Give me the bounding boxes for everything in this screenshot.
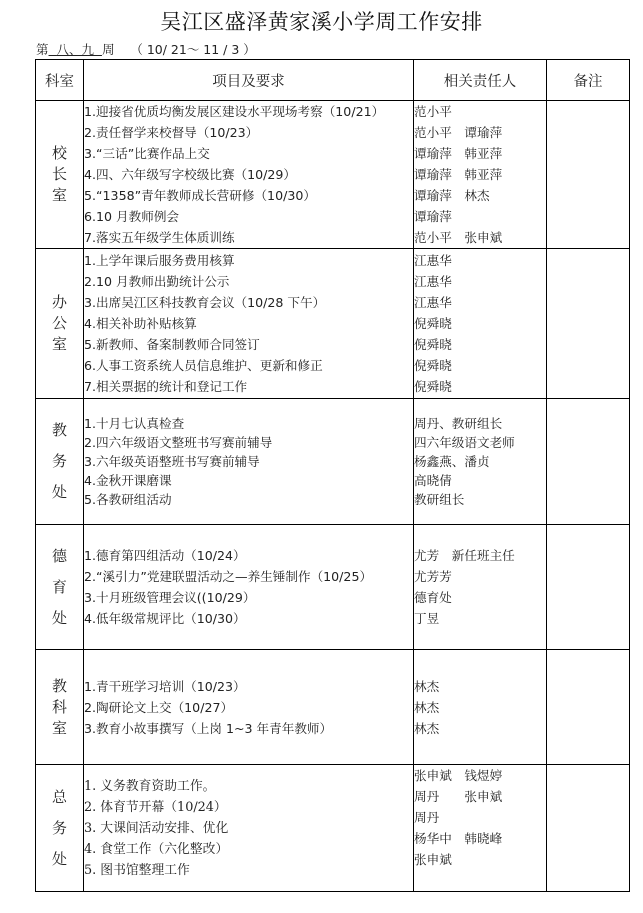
- dept-char: 室: [36, 185, 83, 206]
- table-row-principal-office: 校长室1.迎接省优质均衡发展区建设水平现场考察（10/21）2.责任督学来校督导…: [36, 101, 630, 249]
- week-suffix: 周: [102, 42, 115, 57]
- task-item: 6.人事工资系统人员信息维护、更新和修正: [84, 355, 413, 376]
- task-item: 1.青干班学习培训（10/23）: [84, 676, 413, 697]
- items-cell: 1.青干班学习培训（10/23）2.陶研论文上交（10/27）3.教育小故事撰写…: [84, 650, 414, 765]
- people-cell: 江惠华江惠华江惠华倪舜晓倪舜晓倪舜晓倪舜晓: [414, 249, 547, 399]
- task-item: 1. 义务教育资助工作。: [84, 776, 413, 797]
- responsible-person: 四六年级语文老师: [414, 433, 546, 452]
- task-item: 3.“三话”比赛作品上交: [84, 143, 413, 164]
- table-row-general-office: 办公室1.上学年课后服务费用核算2.10 月教师出勤统计公示3.出席吴江区科技教…: [36, 249, 630, 399]
- notes-cell: [547, 525, 630, 650]
- document-title: 吴江区盛泽黄家溪小学周工作安排: [0, 6, 643, 36]
- task-item: 4. 食堂工作（六化整改）: [84, 839, 413, 860]
- responsible-person: 尤芳芳: [414, 566, 546, 587]
- people-cell: 范小平范小平 谭瑜萍谭瑜萍 韩亚萍谭瑜萍 韩亚萍谭瑜萍 林杰谭瑜萍范小平 张申斌: [414, 101, 547, 249]
- task-item: 5. 图书馆整理工作: [84, 860, 413, 881]
- responsible-person: 范小平: [414, 101, 546, 122]
- task-item: 4.四、六年级写字校级比赛（10/29）: [84, 164, 413, 185]
- week-line: 第 八、九 周 （ 10/ 21～ 11 / 3 ）: [36, 40, 256, 58]
- task-item: 6.10 月教师例会: [84, 206, 413, 227]
- responsible-person: 周丹、教研组长: [414, 414, 546, 433]
- task-item: 5.“1358”青年教师成长营研修（10/30）: [84, 185, 413, 206]
- responsible-person: 倪舜晓: [414, 313, 546, 334]
- responsible-person: 林杰: [414, 697, 546, 718]
- task-item: 2.陶研论文上交（10/27）: [84, 697, 413, 718]
- responsible-person: 张申斌: [414, 849, 546, 870]
- task-item: 2.“溪引力”党建联盟活动之—养生锤制作（10/25）: [84, 566, 413, 587]
- responsible-person: 江惠华: [414, 250, 546, 271]
- date-range: （ 10/ 21～ 11 / 3 ）: [130, 42, 255, 57]
- task-item: 3.十月班级管理会议((10/29）: [84, 587, 413, 608]
- week-numbers: 八、九: [49, 42, 102, 57]
- responsible-person: 尤芳 新任班主任: [414, 545, 546, 566]
- dept-char: 处: [36, 608, 83, 629]
- items-cell: 1.上学年课后服务费用核算2.10 月教师出勤统计公示3.出席吴江区科技教育会议…: [84, 249, 414, 399]
- responsible-person: 谭瑜萍 韩亚萍: [414, 143, 546, 164]
- table-row-research-office: 教科室1.青干班学习培训（10/23）2.陶研论文上交（10/27）3.教育小故…: [36, 650, 630, 765]
- task-item: 7.相关票据的统计和登记工作: [84, 376, 413, 397]
- responsible-person: 林杰: [414, 718, 546, 739]
- table-row-moral-education: 德育处1.德育第四组活动（10/24）2.“溪引力”党建联盟活动之—养生锤制作（…: [36, 525, 630, 650]
- header-people: 相关责任人: [414, 60, 547, 101]
- dept-char: 处: [36, 849, 83, 870]
- responsible-person: 倪舜晓: [414, 376, 546, 397]
- task-item: 3.六年级英语整班书写赛前辅导: [84, 452, 413, 471]
- dept-char: 德: [36, 546, 83, 567]
- dept-char: 务: [36, 818, 83, 839]
- responsible-person: 谭瑜萍 林杰: [414, 185, 546, 206]
- responsible-person: 杨鑫燕、潘贞: [414, 452, 546, 471]
- notes-cell: [547, 765, 630, 892]
- task-item: 2. 体育节开幕（10/24）: [84, 797, 413, 818]
- notes-cell: [547, 101, 630, 249]
- task-item: 2.四六年级语文整班书写赛前辅导: [84, 433, 413, 452]
- dept-char: 科: [36, 697, 83, 718]
- responsible-person: 范小平 张申斌: [414, 227, 546, 248]
- task-item: 4.相关补助补贴核算: [84, 313, 413, 334]
- items-cell: 1.德育第四组活动（10/24）2.“溪引力”党建联盟活动之—养生锤制作（10/…: [84, 525, 414, 650]
- responsible-person: 周丹: [414, 807, 546, 828]
- task-item: 1.上学年课后服务费用核算: [84, 250, 413, 271]
- task-item: 1.十月七认真检查: [84, 414, 413, 433]
- task-item: 4.低年级常规评比（10/30）: [84, 608, 413, 629]
- dept-char: 公: [36, 313, 83, 334]
- dept-char: 校: [36, 143, 83, 164]
- dept-cell: 教务处: [36, 399, 84, 525]
- responsible-person: 教研组长: [414, 490, 546, 509]
- dept-char: 室: [36, 334, 83, 355]
- dept-char: 长: [36, 164, 83, 185]
- task-item: 1.迎接省优质均衡发展区建设水平现场考察（10/21）: [84, 101, 413, 122]
- responsible-person: 高晓倩: [414, 471, 546, 490]
- items-cell: 1.十月七认真检查2.四六年级语文整班书写赛前辅导3.六年级英语整班书写赛前辅导…: [84, 399, 414, 525]
- task-item: 7.落实五年级学生体质训练: [84, 227, 413, 248]
- people-cell: 林杰林杰林杰: [414, 650, 547, 765]
- responsible-person: 杨华中 韩晓峰: [414, 828, 546, 849]
- responsible-person: 江惠华: [414, 292, 546, 313]
- notes-cell: [547, 399, 630, 525]
- schedule-table: 科室 项目及要求 相关责任人 备注 校长室1.迎接省优质均衡发展区建设水平现场考…: [35, 59, 630, 892]
- responsible-person: 林杰: [414, 676, 546, 697]
- items-cell: 1.迎接省优质均衡发展区建设水平现场考察（10/21）2.责任督学来校督导（10…: [84, 101, 414, 249]
- dept-char: 处: [36, 482, 83, 503]
- dept-char: 室: [36, 718, 83, 739]
- task-item: 1.德育第四组活动（10/24）: [84, 545, 413, 566]
- items-cell: 1. 义务教育资助工作。2. 体育节开幕（10/24）3. 大课间活动安排、优化…: [84, 765, 414, 892]
- task-item: 3.教育小故事撰写（上岗 1~3 年青年教师）: [84, 718, 413, 739]
- people-cell: 周丹、教研组长四六年级语文老师杨鑫燕、潘贞高晓倩教研组长: [414, 399, 547, 525]
- dept-cell: 校长室: [36, 101, 84, 249]
- dept-cell: 德育处: [36, 525, 84, 650]
- responsible-person: 江惠华: [414, 271, 546, 292]
- table-row-academic-affairs: 教务处1.十月七认真检查2.四六年级语文整班书写赛前辅导3.六年级英语整班书写赛…: [36, 399, 630, 525]
- dept-char: 总: [36, 787, 83, 808]
- task-item: 3.出席吴江区科技教育会议（10/28 下午）: [84, 292, 413, 313]
- responsible-person: 倪舜晓: [414, 355, 546, 376]
- header-dept: 科室: [36, 60, 84, 101]
- table-header-row: 科室 项目及要求 相关责任人 备注: [36, 60, 630, 101]
- responsible-person: 范小平 谭瑜萍: [414, 122, 546, 143]
- dept-char: 教: [36, 676, 83, 697]
- task-item: 5.各教研组活动: [84, 490, 413, 509]
- dept-cell: 总务处: [36, 765, 84, 892]
- dept-char: 务: [36, 451, 83, 472]
- task-item: 5.新教师、备案制教师合同签订: [84, 334, 413, 355]
- week-prefix: 第: [36, 42, 49, 57]
- table-row-logistics-office: 总务处1. 义务教育资助工作。2. 体育节开幕（10/24）3. 大课间活动安排…: [36, 765, 630, 892]
- responsible-person: 倪舜晓: [414, 334, 546, 355]
- task-item: 3. 大课间活动安排、优化: [84, 818, 413, 839]
- responsible-person: 张申斌 钱煜婷: [414, 765, 546, 786]
- responsible-person: 丁昱: [414, 608, 546, 629]
- people-cell: 尤芳 新任班主任尤芳芳德育处丁昱: [414, 525, 547, 650]
- task-item: 4.金秋开课磨课: [84, 471, 413, 490]
- responsible-person: 周丹 张申斌: [414, 786, 546, 807]
- task-item: 2.10 月教师出勤统计公示: [84, 271, 413, 292]
- dept-char: 教: [36, 420, 83, 441]
- header-notes: 备注: [547, 60, 630, 101]
- dept-char: 育: [36, 577, 83, 598]
- responsible-person: 谭瑜萍: [414, 206, 546, 227]
- dept-cell: 办公室: [36, 249, 84, 399]
- people-cell: 张申斌 钱煜婷周丹 张申斌周丹杨华中 韩晓峰张申斌: [414, 765, 547, 892]
- notes-cell: [547, 249, 630, 399]
- responsible-person: 德育处: [414, 587, 546, 608]
- dept-cell: 教科室: [36, 650, 84, 765]
- task-item: 2.责任督学来校督导（10/23）: [84, 122, 413, 143]
- notes-cell: [547, 650, 630, 765]
- responsible-person: 谭瑜萍 韩亚萍: [414, 164, 546, 185]
- dept-char: 办: [36, 292, 83, 313]
- header-items: 项目及要求: [84, 60, 414, 101]
